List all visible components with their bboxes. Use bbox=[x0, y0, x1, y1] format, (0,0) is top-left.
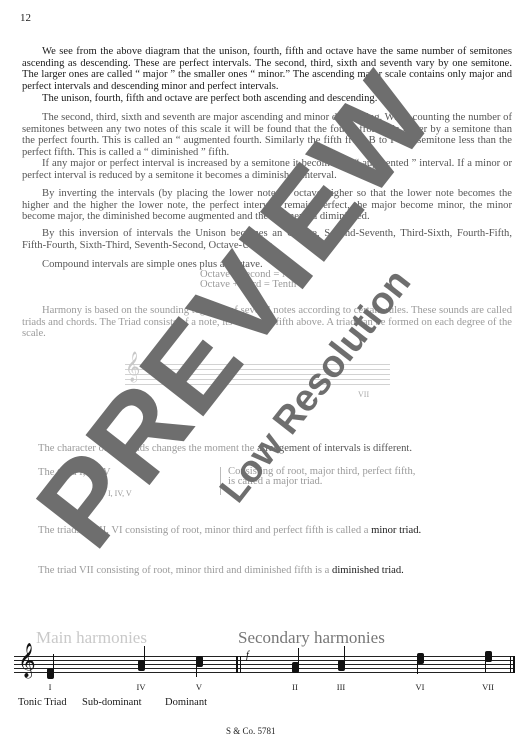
main-harmonies-heading: Main harmonies bbox=[36, 628, 147, 648]
paragraph-minor-triad: The triads II, III, VI consisting of roo… bbox=[38, 525, 508, 537]
roman-numeral: VII bbox=[482, 682, 494, 692]
harmonic-function-label: Tonic Triad bbox=[18, 697, 67, 708]
chord-vii bbox=[485, 651, 492, 662]
chord-vi bbox=[417, 653, 424, 664]
forte-dynamic: f bbox=[246, 650, 249, 661]
final-barline-thick bbox=[513, 656, 515, 673]
brace bbox=[214, 467, 221, 495]
roman-numeral: III bbox=[337, 682, 346, 692]
paragraph-major-minor: The second, third, sixth and seventh are… bbox=[22, 112, 512, 158]
paragraph-perfect-intervals: We see from the above diagram that the u… bbox=[22, 46, 512, 92]
chord-stem bbox=[344, 646, 345, 662]
double-barline-thin bbox=[240, 656, 241, 673]
paragraph-harmony: Harmony is based on the sounding togethe… bbox=[22, 305, 512, 340]
chord-v bbox=[196, 656, 203, 667]
roman-numeral: II bbox=[292, 682, 298, 692]
harmonic-function-label: Dominant bbox=[165, 697, 207, 708]
scale-triads-staff: 𝄞 VII bbox=[125, 360, 390, 388]
page-number: 12 bbox=[20, 12, 31, 24]
treble-clef-icon: 𝄞 bbox=[125, 354, 140, 380]
paragraph-triad-character: The character of the triads changes the … bbox=[38, 443, 508, 455]
chord-stem bbox=[53, 654, 54, 670]
roman-numeral: IV bbox=[137, 682, 146, 692]
paragraph-diminished-triad: The triad VII consisting of root, minor … bbox=[38, 565, 508, 577]
final-barline-thin bbox=[510, 656, 511, 673]
triad-degrees: I, IV, V bbox=[108, 489, 132, 498]
paragraph-augmented-diminished: If any major or perfect interval is incr… bbox=[22, 158, 512, 181]
scale-degree-label: VII bbox=[358, 390, 369, 399]
double-barline bbox=[236, 656, 238, 673]
chord-stem bbox=[196, 661, 197, 677]
compound-interval-tenth: Octave + third = Tenth bbox=[200, 280, 306, 290]
triad-label: The triad I, IV, V bbox=[38, 467, 111, 478]
paragraph-inversion: By inverting the intervals (by placing t… bbox=[22, 188, 512, 223]
chord-stem bbox=[485, 656, 486, 672]
major-triad-line-2: is called a major triad. bbox=[228, 477, 415, 487]
treble-clef-icon: 𝄞 bbox=[18, 646, 36, 676]
paragraph-unison-perfect: The unison, fourth, fifth and octave are… bbox=[22, 93, 512, 105]
paragraph-inversion-pairs: By this inversion of intervals the Uniso… bbox=[22, 228, 512, 251]
roman-numeral: V bbox=[196, 682, 202, 692]
publisher-footer: S & Co. 5781 bbox=[226, 726, 276, 736]
compound-interval-list: Octave + second = Ninth Octave + third =… bbox=[200, 270, 306, 290]
roman-numeral: VI bbox=[416, 682, 425, 692]
chord-stem bbox=[298, 648, 299, 664]
harmonic-function-label: Sub-dominant bbox=[82, 697, 142, 708]
roman-numeral: I bbox=[49, 682, 52, 692]
secondary-harmonies-heading: Secondary harmonies bbox=[238, 628, 385, 648]
chord-stem bbox=[417, 658, 418, 674]
harmonies-staff: 𝄞 f bbox=[14, 656, 514, 676]
chord-stem bbox=[144, 646, 145, 662]
